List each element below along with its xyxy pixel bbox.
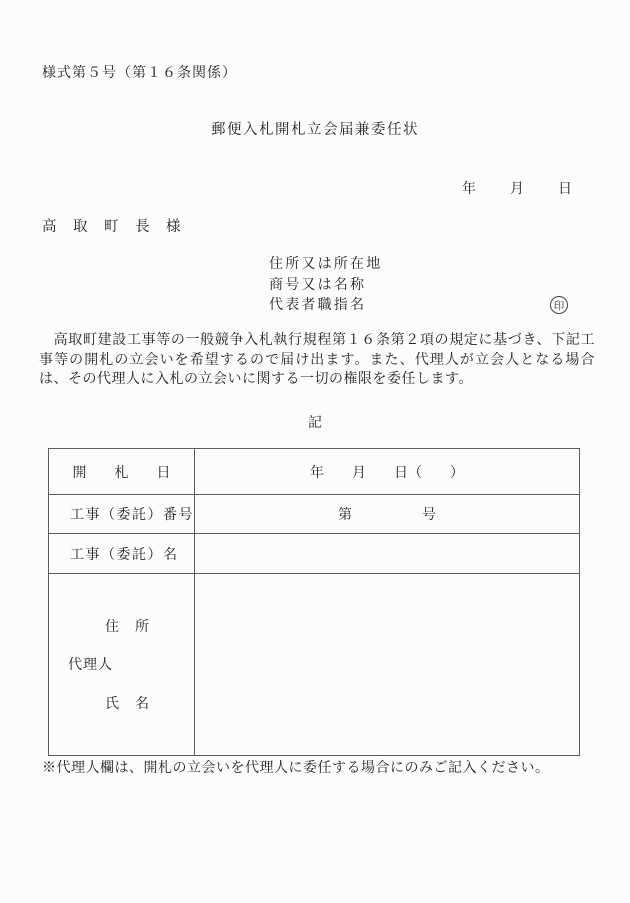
body-paragraph: 高取町建設工事等の一般競争入札執行規程第１６条第２項の規定に基づき、下記工事等の…	[39, 331, 595, 390]
addressee: 高 取 町 長 様	[42, 215, 182, 236]
work-number-value-cell: 第 号	[195, 495, 580, 534]
table-row: 住 所 代理人 氏 名	[49, 574, 580, 756]
agent-address-label: 住 所	[105, 616, 150, 636]
applicant-block: 住所又は所在地 商号又は名称 代表者職指名	[269, 254, 382, 316]
table-row: 工事（委託）番号 第 号	[49, 495, 580, 534]
agent-name-label: 氏 名	[105, 693, 150, 713]
date-line: 年 月 日	[462, 178, 574, 198]
section-heading: 記	[0, 412, 630, 432]
work-number-label-cell: 工事（委託）番号	[49, 495, 195, 534]
agent-label-cell: 住 所 代理人 氏 名	[49, 574, 195, 756]
applicant-trade-name-label: 商号又は名称	[269, 275, 382, 296]
agent-label: 代理人	[68, 654, 113, 674]
table-row: 工事（委託）名	[49, 534, 580, 574]
work-name-label-cell: 工事（委託）名	[49, 534, 195, 574]
open-date-value-cell: 年 月 日（ ）	[195, 449, 580, 495]
open-date-label-cell: 開 札 日	[49, 449, 195, 495]
form-number: 様式第５号（第１６条関係）	[42, 62, 237, 82]
work-name-value-cell	[195, 534, 580, 574]
seal-icon: 印	[550, 296, 568, 314]
footnote: ※代理人欄は、開札の立会いを代理人に委任する場合にのみご記入ください。	[42, 757, 550, 777]
applicant-address-label: 住所又は所在地	[269, 254, 382, 275]
applicant-representative-label: 代表者職指名	[269, 295, 382, 316]
details-table: 開 札 日 年 月 日（ ） 工事（委託）番号 第 号 工事（委託）名 住 所 …	[48, 448, 580, 756]
table-row: 開 札 日 年 月 日（ ）	[49, 449, 580, 495]
agent-value-cell	[195, 574, 580, 756]
document-title: 郵便入札開札立会届兼委任状	[0, 118, 630, 139]
